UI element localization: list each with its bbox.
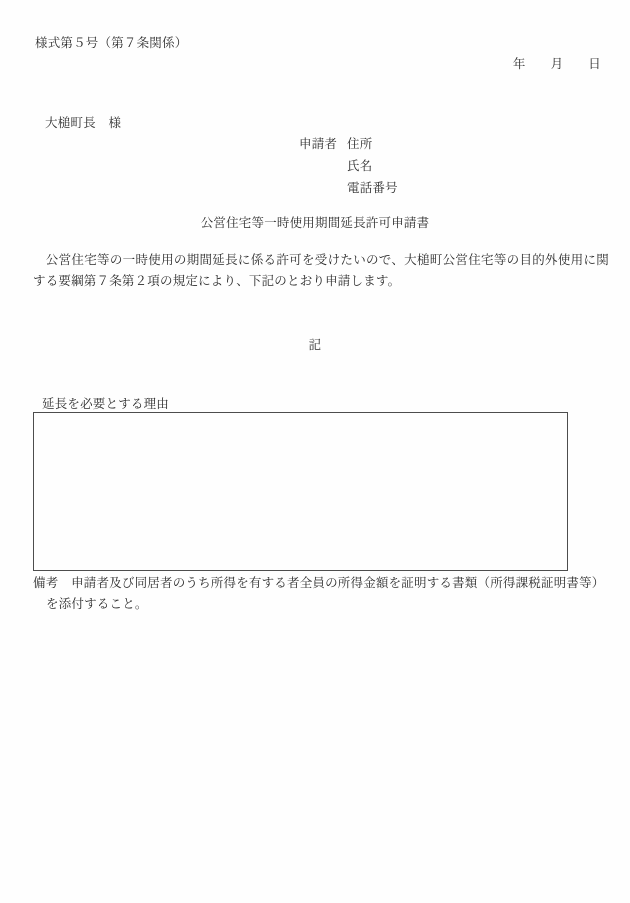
applicant-phone-label: 電話番号 bbox=[347, 178, 398, 196]
date-month-label: 月 bbox=[551, 57, 564, 71]
record-marker: 記 bbox=[0, 335, 630, 353]
body-paragraph: 公営住宅等の一時使用の期間延長に係る許可を受けたいので、大槌町公営住宅等の目的外… bbox=[33, 250, 609, 291]
applicant-name-label: 氏名 bbox=[347, 156, 372, 174]
date-line: 年月日 bbox=[513, 54, 601, 72]
applicant-address-label: 住所 bbox=[347, 134, 372, 152]
document-title: 公営住宅等一時使用期間延長許可申請書 bbox=[0, 213, 630, 231]
remarks-note: 備考 申請者及び同居者のうち所得を有する者全員の所得金額を証明する書類（所得課税… bbox=[33, 573, 613, 614]
document-page: 様式第５号（第７条関係） 年月日 大槌町長 様 申請者 住所 氏名 電話番号 公… bbox=[0, 0, 630, 903]
date-year-label: 年 bbox=[513, 57, 526, 71]
reason-input-box bbox=[33, 412, 568, 571]
addressee: 大槌町長 様 bbox=[45, 113, 121, 131]
form-number: 様式第５号（第７条関係） bbox=[35, 33, 187, 51]
reason-label: 延長を必要とする理由 bbox=[42, 394, 169, 412]
date-day-label: 日 bbox=[588, 57, 601, 71]
applicant-label: 申請者 bbox=[299, 134, 337, 152]
